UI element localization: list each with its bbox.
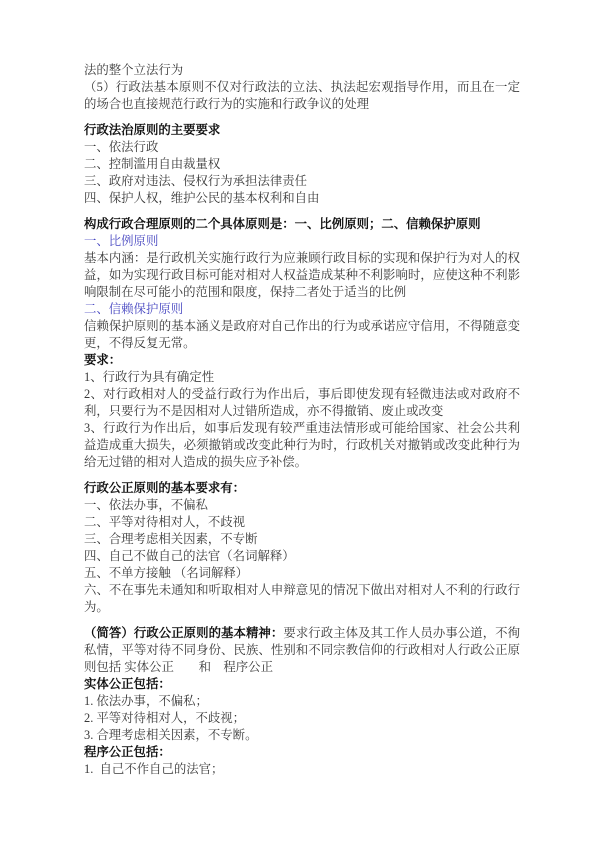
substantive-fairness-item: 1. 依法办事，不偏私； [84,693,520,710]
proportionality-principle-heading: 一、比例原则 [84,233,520,250]
intro-point-5-paragraph: （5）行政法基本原则不仅对行政法的立法、执法起宏观指导作用，而且在一定的场合也直… [84,79,520,113]
requirement-item: 3、行政行为作出后，如事后发现有较严重违法情形或可能给国家、社会公共利益造成重大… [84,420,520,471]
section-fairness: 行政公正原则的基本要求有： 一、依法办事，不偏私 二、平等对待相对人，不歧视 三… [84,480,520,616]
section-reasonableness: 构成行政合理原则的二个具体原则是：一、比例原则；二、信赖保护原则 一、比例原则 … [84,216,520,471]
fairness-heading: 行政公正原则的基本要求有： [84,480,520,497]
rule-of-law-heading: 行政法治原则的主要要求 [84,122,520,139]
fairness-item: 五、不单方接触 （名词解释） [84,565,520,582]
procedural-fairness-item: 1. 自己不作自己的法官； [84,761,520,778]
requirements-label: 要求： [84,352,520,369]
reliance-protection-body: 信赖保护原则的基本涵义是政府对自己作出的行为或承诺应守信用，不得随意变更，不得反… [84,318,520,352]
substantive-fairness-item: 2. 平等对待相对人，不歧视； [84,710,520,727]
fairness-item: 一、依法办事，不偏私 [84,497,520,514]
rule-of-law-item: 四、保护人权，维护公民的基本权利和自由 [84,190,520,207]
reliance-protection-heading: 二、信赖保护原则 [84,301,520,318]
fairness-item: 六、不在事先未通知和听取相对人申辩意见的情况下做出对相对人不利的行政行为。 [84,582,520,616]
rule-of-law-item: 三、政府对违法、侵权行为承担法律责任 [84,173,520,190]
intro-continuation-line: 法的整个立法行为 [84,62,520,79]
fairness-spirit-lead: （简答）行政公正原则的基本精神： [84,626,283,640]
requirement-item: 1、行政行为具有确定性 [84,369,520,386]
section-fairness-spirit: （简答）行政公正原则的基本精神：要求行政主体及其工作人员办事公道，不徇私情，平等… [84,625,520,778]
rule-of-law-item: 一、依法行政 [84,139,520,156]
fairness-item: 四、自己不做自己的法官（名词解释） [84,548,520,565]
section-rule-of-law: 行政法治原则的主要要求 一、依法行政 二、控制滥用自由裁量权 三、政府对违法、侵… [84,122,520,207]
fairness-item: 三、合理考虑相关因素，不专断 [84,531,520,548]
rule-of-law-item: 二、控制滥用自由裁量权 [84,156,520,173]
substantive-fairness-item: 3. 合理考虑相关因素，不专断。 [84,727,520,744]
section-intro: 法的整个立法行为 （5）行政法基本原则不仅对行政法的立法、执法起宏观指导作用，而… [84,62,520,113]
procedural-fairness-heading: 程序公正包括： [84,744,520,761]
document-page: 法的整个立法行为 （5）行政法基本原则不仅对行政法的立法、执法起宏观指导作用，而… [0,0,600,848]
fairness-item: 二、平等对待相对人，不歧视 [84,514,520,531]
reasonableness-heading: 构成行政合理原则的二个具体原则是：一、比例原则；二、信赖保护原则 [84,216,520,233]
proportionality-principle-body: 基本内涵：是行政机关实施行政行为应兼顾行政目标的实现和保护行为对人的权益，如为实… [84,250,520,301]
requirement-item: 2、对行政相对人的受益行政行为作出后，事后即使发现有轻微违法或对政府不利，只要行… [84,386,520,420]
substantive-fairness-heading: 实体公正包括： [84,676,520,693]
fairness-spirit-paragraph: （简答）行政公正原则的基本精神：要求行政主体及其工作人员办事公道，不徇私情，平等… [84,625,520,676]
